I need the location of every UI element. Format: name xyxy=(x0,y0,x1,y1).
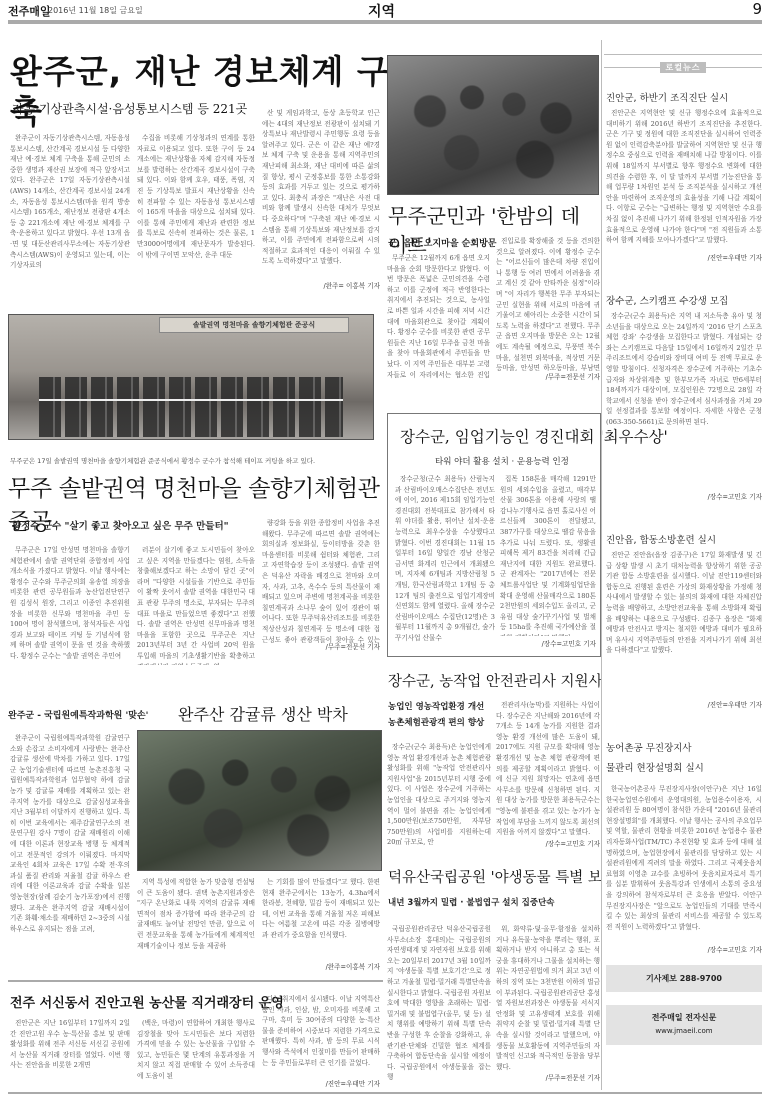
issue-date: 2016년 11월 18일 금요일 xyxy=(48,5,143,16)
article8-col2: (백운, 마령)이 연합하여 개최한 행사로 김장철을 맞아 도시민들은 보다 … xyxy=(137,1018,255,1084)
article3-byline: /무주=전문선 기자 xyxy=(262,641,380,651)
article7-col3: 는 기회를 많이 만들겠다"고 했다. 한편 현재 완주군에서는 13농가, 4… xyxy=(262,877,380,957)
sidebar-divider xyxy=(601,40,602,1090)
news-tip-box: 기사제보 288-9700 xyxy=(606,965,762,992)
article3-caption: 무주군은 17일 솔밭권역 명천마을 솔향기체험관 준공식에서 황정수 군수가 … xyxy=(10,456,390,465)
sidebar-item4-headline-2: 물관리 현장설명회 실시 xyxy=(606,760,762,774)
section-divider xyxy=(8,980,383,982)
footer-rule xyxy=(8,1092,762,1094)
article5-byline: /장수=고민호 기자 xyxy=(496,838,600,848)
article4-byline: /장수=고민호 기자 xyxy=(500,638,596,648)
sidebar-item1-headline: 진안군, 하반기 조직진단 실시 xyxy=(606,90,762,104)
article7-byline: /완주=이홍복 기자 xyxy=(262,961,380,971)
sidebar-title-bar: 로컬뉴스 xyxy=(604,54,762,68)
article1-col3: 산 및 게임과학고, 동상 초등학교 인근에는 4대의 재난정보 전광판이 설치… xyxy=(262,108,380,280)
sidebar-item2-headline: 장수군, 스키캠프 수강생 모집 xyxy=(606,293,762,307)
article5-col2: 전관리사(농막)를 지원하는 사업이다. 장수군은 지난해와 2016년에 각 … xyxy=(496,700,600,838)
page-number: 9 xyxy=(752,0,762,18)
article8-col3: 다는 취지에서 실시됐다. 이날 지역특산품인 사과, 인삼, 밤, 오미자를 … xyxy=(262,994,380,1078)
local-news-logo: 로컬뉴스 xyxy=(660,62,707,73)
article4-col2: 집목 158톤을 매각해 1291만원의 세외수입을 올렸고, 매각부산물 30… xyxy=(500,474,596,636)
article2-photo xyxy=(387,55,599,195)
article8-col1: 진안군은 지난 16일부터 17일까지 2일간 진안고원 우수 농·특산물 홍보… xyxy=(10,1018,130,1084)
article2-subhead: 군, 읍면 오지마을 순회방문 xyxy=(388,236,498,249)
article4-subhead: 타워 야더 활용 설치 · 운용능력 인정 xyxy=(435,455,595,467)
article8-headline: 전주 서신동서 진안고원 농산물 직거래장터 운영 xyxy=(10,992,265,1011)
sidebar-item2-body: 장수군(군수 최용득)은 지역 내 저소득층 유아 및 청소년들을 대상으로 오… xyxy=(606,311,762,451)
article1-col2: 수집을 비롯해 기상청과의 연계를 통한 자료로 이용되고 있다. 또한 구이 … xyxy=(137,133,255,289)
article4-headline: 장수군, 임업기능인 경진대회 '최우수상' xyxy=(400,425,600,447)
sidebar-item4-byline: /장수=고민호 기자 xyxy=(606,944,762,954)
article7-kicker: 완주군 - 국립원예특작과학원 '맞손' xyxy=(8,708,178,721)
article7-col1: 완주군이 국립원예특작과학원 감귤연구소와 손잡고 소비자에게 사랑받는 완주산… xyxy=(10,733,130,971)
masthead: 전주매일 2016년 11월 18일 금요일 지역 9 xyxy=(8,0,762,20)
article1-subhead: 자동 기상관측시설·음성통보시스템 등 221곳 xyxy=(12,100,262,117)
sidebar-item1-body: 진안군은 지역현안 및 신규 행정수요에 효율적으로 대비하기 위해 2016년… xyxy=(606,108,762,252)
article2-col1: 무주군은 12월까지 6개 읍면 오지마을을 순회 방문한다고 밝혔다. 이번 … xyxy=(387,253,490,381)
photo-banner: 솔밭권역 명천마을 솔향기체험관 준공식 xyxy=(159,317,349,333)
article7-col2: 지역 특성에 적합한 농가 맞춤형 컨설팅이 큰 도움이 됐다. 권택 농촌지원… xyxy=(137,877,255,972)
article6-col1: 국립공원관리공단 덕유산국립공원사무소(소장 홍대의)는 국립공원의 자연생태계… xyxy=(387,924,491,1084)
article2-byline: /무주=전문선 기자 xyxy=(496,371,600,381)
masthead-rule xyxy=(8,20,762,24)
article3-col3: 량강화 등을 위한 종합정비 사업을 추진해왔다. 무주군에 따르면 솔밭 권역… xyxy=(262,518,380,643)
epaper-url-link[interactable]: www.jmaeil.com xyxy=(606,1027,762,1035)
article8-byline: /진안=우태만 기자 xyxy=(262,1078,380,1088)
article3-col1: 무주군은 17일 안성면 명천마을 솔향기체험관에서 솔밭 권역단위 종합정비 … xyxy=(10,545,130,665)
article1-col1: 완주군이 자동기상관측시스템, 자동음성통보시스템, 산간계곡 경보시설 등 다… xyxy=(10,133,130,289)
sidebar-item3-headline: 진안읍, 합동소방훈련 실시 xyxy=(606,532,762,546)
epaper-box[interactable]: 전주매일 전자신문 www.jmaeil.com xyxy=(606,1005,762,1045)
article5-col1: 장수군(군수 최용득)은 농업인에게 영농 작업 환경개선과 농촌 체험관광 활… xyxy=(387,742,491,848)
article3-col2: 러분이 살기에 좋고 도시민들이 찾아오고 싶은 지역을 만들겠다는 염원, 소… xyxy=(137,545,255,665)
article3-photo: 솔밭권역 명천마을 솔향기체험관 준공식 xyxy=(8,314,374,440)
article6-headline: 덕유산국립공원 '야생동물 특별 보호기간' xyxy=(388,866,602,887)
article3-subhead: 황정수 군수 "살기 좋고 찾아오고 싶은 무주 만들터" xyxy=(12,518,262,532)
article5-headline: 장수군, 농작업 안전관리사 지원사업 확대 xyxy=(388,670,602,691)
sidebar-item2-byline: /장수=고민호 기자 xyxy=(606,491,762,501)
article5-subhead-1: 농업인 영농작업환경 개선 xyxy=(388,700,498,712)
article6-subhead: 내년 3월까지 밀렵 · 불법엽구 설치 집중단속 xyxy=(388,896,602,908)
article1-byline: /완주= 이홍복 기자 xyxy=(262,280,380,290)
article5-subhead-2: 농촌체험관광객 편의 향상 xyxy=(388,716,498,728)
sidebar-item3-byline: /진안=우태만 기자 xyxy=(606,699,762,709)
newspaper-brand: 전주매일 xyxy=(8,3,51,19)
sidebar-item1-byline: /진안=우태만 기자 xyxy=(606,252,762,262)
section-title: 지역 xyxy=(368,1,395,21)
article6-col2: 위, 화약류·덫·올무·함정을 설치하거나 유독물·농약을 뿌리는 행위, 포획… xyxy=(496,924,600,1072)
epaper-title: 전주매일 전자신문 xyxy=(606,1012,762,1023)
article7-headline: 완주산 감귤류 생산 박차 xyxy=(178,702,378,725)
sidebar-item3-body: 진안군 진안읍(읍장 김종구)은 17일 화재발생 및 긴급 상황 발생 시 초… xyxy=(606,550,762,698)
article7-photo xyxy=(137,730,382,871)
sidebar-item4-body: 한국농어촌공사 무진장지사장(이안구)은 지난 16일 한국농업연수원에서 운영… xyxy=(606,784,762,944)
sidebar-item4-headline-1: 농어촌공 무진장지사 xyxy=(606,740,762,754)
article2-col2: 진입로를 확장해줄 것 등을 건의한 것으로 알려졌다. 이에 황정수 군수는 … xyxy=(496,236,600,371)
article6-byline: /무주=전문선 기자 xyxy=(496,1072,600,1082)
article4-col1: 장수군청(군수 최용득) 산림녹지과 산림바이오매스수집단은 전년도에 이어, … xyxy=(395,474,495,646)
